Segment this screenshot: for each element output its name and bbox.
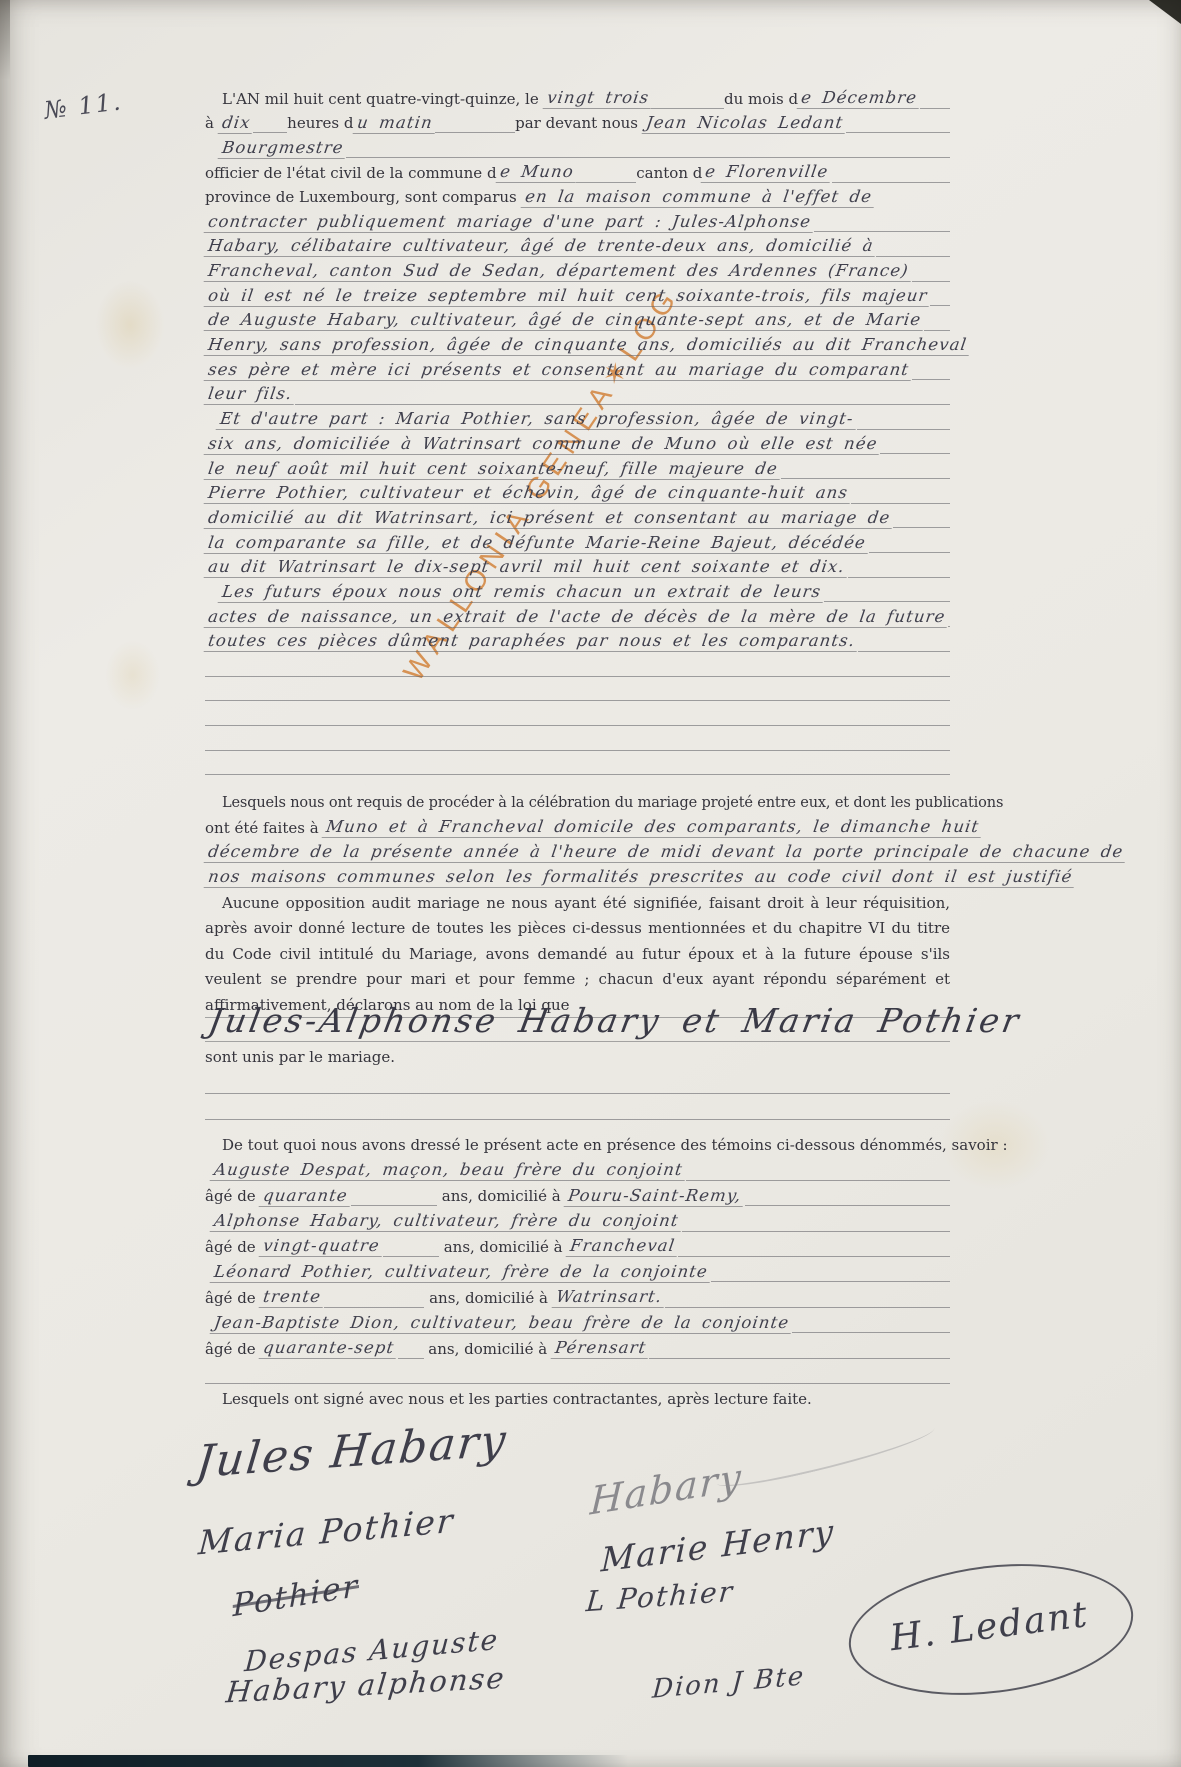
act-line: au dit Watrinsart le dix-sept avril mil … (205, 553, 950, 578)
printed-text: à (205, 116, 219, 133)
act-line: où il est né le treize septembre mil hui… (205, 282, 950, 307)
handwritten-text: actes de naissance, un extrait de l'acte… (204, 609, 950, 628)
act-line: De tout quoi nous avons dressé le présen… (205, 1130, 950, 1155)
blank-rule (858, 651, 950, 652)
scan-corner-mark (1149, 0, 1181, 24)
act-number: № 11. (43, 87, 124, 124)
handwritten-text: u matin (352, 115, 436, 134)
handwritten-text: Francheval (566, 1238, 679, 1257)
act-line (205, 1094, 950, 1120)
handwritten-text: où il est né le treize septembre mil hui… (204, 288, 932, 307)
act-line: Auguste Despat, maçon, beau frère du con… (205, 1155, 950, 1180)
union-declaration-line: Jules-Alphonse Habary et Maria Pothier (205, 996, 950, 1042)
blank-rule (205, 700, 950, 701)
handwritten-text: la comparante sa fille, et de défunte Ma… (204, 535, 870, 554)
printed-text: Lesquels nous ont requis de procéder à l… (222, 796, 1003, 813)
blank-rule (924, 330, 950, 331)
handwritten-text: contracter publiquement mariage d'une pa… (204, 214, 815, 233)
blank-rule (205, 1383, 950, 1384)
printed-text: âgé de (205, 1291, 260, 1308)
act-line: province de Luxembourg, sont comparus en… (205, 183, 950, 208)
act-line: Habary, célibataire cultivateur, âgé de … (205, 232, 950, 257)
handwritten-text: le neuf août mil huit cent soixante-neuf… (204, 461, 782, 480)
blank-rule (920, 108, 950, 109)
blank-rule (792, 1332, 950, 1333)
handwritten-text: e Muno (495, 164, 577, 183)
union-names: Jules-Alphonse Habary et Maria Pothier (206, 1001, 1025, 1040)
blank-rule (851, 503, 950, 504)
handwritten-text: Pierre Pothier, cultivateur et échevin, … (204, 485, 852, 504)
act-line (205, 701, 950, 726)
printed-text: ans, domicilié à (424, 1291, 552, 1308)
act-line: Alphonse Habary, cultivateur, frère du c… (205, 1206, 950, 1231)
handwritten-text: Francheval, canton Sud de Sedan, départe… (204, 263, 913, 282)
act-line (205, 652, 950, 677)
blank-rule (324, 1307, 424, 1308)
blank-rule (205, 1093, 950, 1094)
handwritten-text: Et d'autre part : Maria Pothier, sans pr… (216, 411, 858, 430)
handwritten-text: au dit Watrinsart le dix-sept avril mil … (204, 559, 849, 578)
handwritten-text: Jean-Baptiste Dion, cultivateur, beau fr… (210, 1315, 794, 1334)
printed-text: canton d (636, 166, 702, 183)
printed-text: du mois d (724, 92, 798, 109)
act-line: Les futurs époux nous ont remis chacun u… (205, 578, 950, 603)
blank-rule (857, 429, 951, 430)
blank-rule (351, 1205, 437, 1206)
act-line (205, 1359, 950, 1384)
printed-text: heures d (287, 116, 353, 133)
handwritten-text: Alphonse Habary, cultivateur, frère du c… (210, 1213, 683, 1232)
blank-rule (295, 404, 950, 405)
act-line (205, 677, 950, 702)
blank-rule (383, 1256, 439, 1257)
blank-rule (665, 1307, 950, 1308)
blank-rule (912, 281, 951, 282)
act-intro-section: L'AN mil huit cent quatre-vingt-quinze, … (205, 84, 950, 775)
handwritten-text: Jean Nicolas Ledant (641, 115, 847, 134)
blank-rule (205, 1119, 950, 1120)
act-line: ont été faites à Muno et à Francheval do… (205, 813, 950, 838)
act-line: toutes ces pièces dûment paraphées par n… (205, 627, 950, 652)
act-line: Francheval, canton Sud de Sedan, départe… (205, 257, 950, 282)
printed-text: officier de l'état civil de la commune d (205, 166, 497, 183)
act-line: six ans, domiciliée à Watrinsart commune… (205, 430, 950, 455)
act-line (205, 751, 950, 776)
blank-rule (576, 182, 636, 183)
act-line: officier de l'état civil de la commune d… (205, 158, 950, 183)
blank-rule (435, 132, 515, 133)
scan-edge-shadow (0, 0, 10, 80)
act-line: nos maisons communes selon les formalité… (205, 863, 950, 888)
act-line: Pierre Pothier, cultivateur et échevin, … (205, 479, 950, 504)
act-line: leur fils. (205, 380, 950, 405)
handwritten-text: Muno et à Francheval domicile des compar… (322, 819, 984, 838)
handwritten-text: six ans, domiciliée à Watrinsart commune… (204, 436, 882, 455)
act-line: domicilié au dit Watrinsart, ici présent… (205, 504, 950, 529)
handwritten-text: leur fils. (204, 386, 297, 405)
printed-text: ont été faites à (205, 821, 323, 838)
handwritten-text: Pouru-Saint-Remy, (564, 1188, 746, 1207)
handwritten-text: e Décembre (797, 90, 921, 109)
blank-rule (948, 626, 950, 627)
act-line: Bourgmestre (205, 133, 950, 158)
printed-text: âgé de (205, 1342, 260, 1359)
handwritten-text: Pérensart (551, 1340, 651, 1359)
blank-rule (678, 1256, 950, 1257)
act-line: âgé de quarante-sept ans, domicilié à Pé… (205, 1333, 950, 1358)
blank-rule (651, 108, 723, 109)
blank-rule (824, 601, 950, 602)
act-line: de Auguste Habary, cultivateur, âgé de c… (205, 306, 950, 331)
union-statement: sont unis par le mariage. (205, 1048, 395, 1066)
handwritten-text: Henry, sans profession, âgée de cinquant… (204, 337, 971, 356)
blank-rule (814, 231, 950, 232)
document-page: № 11. WALLONIA GENEA✶LOG L'AN mil huit c… (0, 0, 1181, 1767)
blank-rule (682, 1231, 950, 1232)
act-line: âgé de quarante ans, domicilié à Pouru-S… (205, 1181, 950, 1206)
blank-rule (346, 157, 950, 158)
handwritten-text: trente (259, 1289, 326, 1308)
act-line: âgé de trente ans, domicilié à Watrinsar… (205, 1282, 950, 1307)
handwritten-text: Watrinsart. (551, 1289, 666, 1308)
printed-text: De tout quoi nous avons dressé le présen… (222, 1138, 1008, 1155)
blank-rule (711, 1281, 950, 1282)
handwritten-text: Les futurs époux nous ont remis chacun u… (218, 584, 826, 603)
blank-rule (398, 1358, 424, 1359)
handwritten-text: de Auguste Habary, cultivateur, âgé de c… (204, 312, 926, 331)
blank-rule (205, 774, 950, 775)
blank-rule (205, 750, 950, 751)
act-line: à dixheures du matinpar devant nous Jean… (205, 109, 950, 134)
printed-text: âgé de (205, 1189, 260, 1206)
printed-text: âgé de (205, 1240, 260, 1257)
blank-rule (205, 725, 950, 726)
act-line: Léonard Pothier, cultivateur, frère de l… (205, 1257, 950, 1282)
act-line: Jean-Baptiste Dion, cultivateur, beau fr… (205, 1308, 950, 1333)
printed-text: ans, domicilié à (439, 1240, 567, 1257)
act-line: Et d'autre part : Maria Pothier, sans pr… (205, 405, 950, 430)
blank-rule (912, 379, 950, 380)
witnesses-section: De tout quoi nous avons dressé le présen… (205, 1130, 950, 1384)
act-body: L'AN mil huit cent quatre-vingt-quinze, … (205, 0, 950, 1767)
closing-line: Lesquels ont signé avec nous et les part… (205, 1390, 812, 1408)
act-line: décembre de la présente année à l'heure … (205, 838, 950, 863)
act-line: la comparante sa fille, et de défunte Ma… (205, 528, 950, 553)
handwritten-text: vingt trois (542, 90, 653, 109)
blank-rule (848, 577, 950, 578)
printed-text: ans, domicilié à (424, 1342, 552, 1359)
blank-rule (893, 527, 950, 528)
blank-rules-section (205, 1068, 950, 1120)
blank-rule (781, 478, 950, 479)
act-line: contracter publiquement mariage d'une pa… (205, 207, 950, 232)
blank-rule (930, 305, 950, 306)
act-line (205, 726, 950, 751)
printed-text: par devant nous (515, 116, 643, 133)
paper-stain (105, 640, 160, 710)
act-line: âgé de vingt-quatre ans, domicilié à Fra… (205, 1232, 950, 1257)
handwritten-text: ses père et mère ici présents et consent… (204, 362, 914, 381)
act-line (205, 1068, 950, 1094)
act-line: ses père et mère ici présents et consent… (205, 356, 950, 381)
handwritten-text: Léonard Pothier, cultivateur, frère de l… (210, 1264, 712, 1283)
printed-text: province de Luxembourg, sont comparus (205, 190, 522, 207)
blank-rule (832, 182, 950, 183)
act-line: L'AN mil huit cent quatre-vingt-quinze, … (205, 84, 950, 109)
handwritten-text: dix (217, 115, 254, 134)
handwritten-text: Auguste Despat, maçon, beau frère du con… (210, 1162, 687, 1181)
blank-rule (880, 453, 950, 454)
handwritten-text: Bourgmestre (218, 140, 348, 159)
handwritten-text: vingt-quatre (259, 1238, 384, 1257)
publications-section: Lesquels nous ont requis de procéder à l… (205, 788, 950, 888)
blank-rule (745, 1205, 950, 1206)
blank-rule (205, 676, 950, 677)
handwritten-text: en la maison commune à l'effet de (520, 189, 876, 208)
act-line: Lesquels nous ont requis de procéder à l… (205, 788, 950, 813)
paper-stain (95, 280, 165, 370)
handwritten-text: Habary, célibataire cultivateur, âgé de … (204, 238, 878, 257)
printed-text: L'AN mil huit cent quatre-vingt-quinze, … (222, 92, 544, 109)
handwritten-text: quarante-sept (259, 1340, 399, 1359)
handwritten-text: e Florenville (701, 164, 833, 183)
blank-rule (869, 552, 950, 553)
act-line: actes de naissance, un extrait de l'acte… (205, 602, 950, 627)
blank-rule (686, 1180, 950, 1181)
blank-rule (876, 256, 950, 257)
blank-rule (649, 1358, 950, 1359)
handwritten-text: toutes ces pièces dûment paraphées par n… (204, 633, 860, 652)
handwritten-text: domicilié au dit Watrinsart, ici présent… (204, 510, 895, 529)
act-line: Henry, sans profession, âgée de cinquant… (205, 331, 950, 356)
printed-text: ans, domicilié à (437, 1189, 565, 1206)
handwritten-text: nos maisons communes selon les formalité… (204, 869, 1077, 888)
act-line: le neuf août mil huit cent soixante-neuf… (205, 454, 950, 479)
handwritten-text: quarante (259, 1188, 352, 1207)
handwritten-text: décembre de la présente année à l'heure … (204, 844, 1128, 863)
blank-rule (253, 132, 287, 133)
blank-rule (846, 132, 950, 133)
